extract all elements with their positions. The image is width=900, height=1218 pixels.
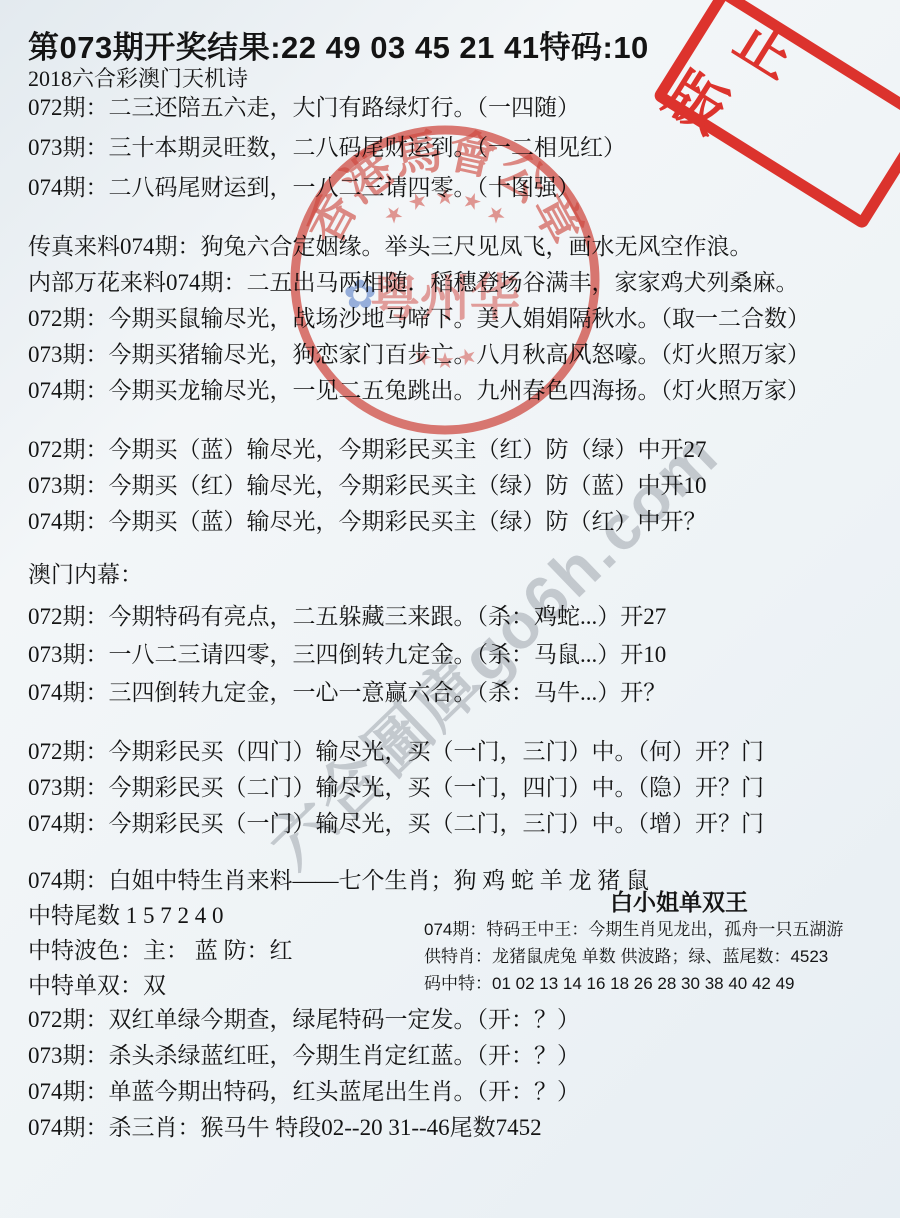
macau-insider-heading: 澳门内幕： <box>28 560 143 590</box>
baixiaojie-title: 白小姐单双王 <box>610 884 748 917</box>
lottery-result-sheet: 第073期开奖结果:22 49 03 45 21 41特码:10 2018六合彩… <box>0 0 900 1218</box>
red-seal-stamp-icon: 香港馬會公章 ★ ★ ★ ★ ★ ★ ★ ★ 粤州华 ✿ <box>245 80 645 480</box>
baixiaojie-line: 供特肖：龙猪鼠虎兔 单数 供波路；绿、蓝尾数：4523 <box>424 943 843 970</box>
svg-text:★ ★ ★ ★ ★: ★ ★ ★ ★ ★ <box>378 184 512 230</box>
tail-numbers-line: 中特尾数 1 5 7 2 4 0 <box>28 897 224 930</box>
prediction-line: 074期：单蓝今期出特码，红头蓝尾出生肖。（开：？） <box>28 1074 580 1110</box>
insider-line: 073期：一八二三请四零，三四倒转九定金。（杀：马鼠...）开10 <box>28 636 666 674</box>
prediction-line: 074期：杀三肖：猴马牛 特段02--20 31--46尾数7452 <box>28 1110 580 1146</box>
zodiac-material-line: 074期：白姐中特生肖来料——七个生肖；狗 鸡 蛇 羊 龙 猪 鼠 <box>28 862 649 895</box>
genuine-stamp: 正 版 <box>652 0 900 230</box>
insider-line: 074期：三四倒转九定金，一心一意赢六合。（杀：马牛...）开？ <box>28 674 666 712</box>
odd-even-line: 中特单双：双 <box>28 967 166 1000</box>
seal-center-text: 粤州华 <box>370 270 520 326</box>
section-macau-insider-heading: 澳门内幕： <box>28 560 143 590</box>
seal-stars-top: ★ ★ ★ ★ ★ <box>378 184 512 230</box>
door-line: 074期：今期彩民买（一门）输尽光，买（二门，三门）中。（增）开？门 <box>28 806 764 842</box>
page-title: 第073期开奖结果:22 49 03 45 21 41特码:10 <box>28 22 649 67</box>
svg-text:★ ★ ★: ★ ★ ★ <box>409 342 480 373</box>
blue-flower-emblem-icon: ✿ <box>343 272 377 317</box>
prediction-line: 073期：杀头杀绿蓝红旺，今期生肖定红蓝。（开：？） <box>28 1038 580 1074</box>
baixiaojie-panel: 074期：特码王中王：今期生肖见龙出，孤舟一只五湖游 供特肖：龙猪鼠虎兔 单数 … <box>424 916 843 997</box>
baixiaojie-line: 074期：特码王中王：今期生肖见龙出，孤舟一只五湖游 <box>424 916 843 943</box>
prediction-line: 072期：双红单绿今期查，绿尾特码一定发。（开：？） <box>28 1002 580 1038</box>
section-bottom-predictions: 072期：双红单绿今期查，绿尾特码一定发。（开：？） 073期：杀头杀绿蓝红旺，… <box>28 1002 580 1146</box>
seal-stars-bottom: ★ ★ ★ <box>409 342 480 373</box>
baixiaojie-line: 码中特：01 02 13 14 16 18 26 28 30 38 40 42 … <box>424 970 843 997</box>
